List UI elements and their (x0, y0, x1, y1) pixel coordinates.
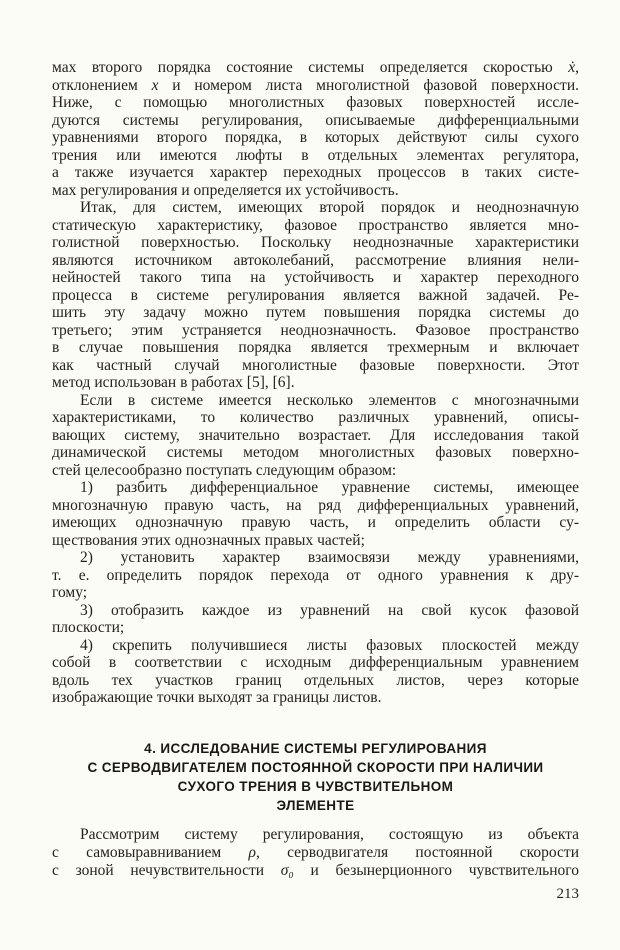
text-line: гому; (52, 584, 579, 602)
text-line: стей целесообразно поступать следующим о… (52, 462, 579, 480)
text-line: являются источником автоколебаний, рассм… (52, 252, 579, 270)
text-line: отклонением х и номером листа многолистн… (52, 77, 579, 95)
paragraph: Если в системе имеется несколько элемент… (52, 392, 579, 480)
text-line: 3) отобразить каждое из уравнений на сво… (52, 602, 579, 620)
text-line: как частный случай многолистные фазовые … (52, 357, 579, 375)
text-line: голистной поверхностью. Поскольку неодно… (52, 234, 579, 252)
text-line: третьего; этим устраняется неоднозначнос… (52, 322, 579, 340)
text-line: дуются системы регулирования, описываемы… (52, 112, 579, 130)
text-line: собой в соответствии с исходным дифферен… (52, 654, 579, 672)
text-line: Итак, для систем, имеющих второй порядок… (52, 199, 579, 217)
text-line: 2) установить характер взаимосвязи между… (52, 549, 579, 567)
text-line: в случае повышения порядка является трех… (52, 339, 579, 357)
section-heading-line: 4. ИССЛЕДОВАНИЕ СИСТЕМЫ РЕГУЛИРОВАНИЯ (52, 739, 579, 758)
text-line: трения или имеются люфты в отдельных эле… (52, 147, 579, 165)
list-item-paragraph: 3) отобразить каждое из уравнений на сво… (52, 602, 579, 637)
list-item-paragraph: 1) разбить дифференциальное уравнение си… (52, 479, 579, 549)
paragraph: Итак, для систем, имеющих второй порядок… (52, 199, 579, 392)
closing-paragraph: Рассмотрим систему регулирования, состоя… (52, 826, 579, 880)
text-line: мах регулирования и определяется их усто… (52, 182, 579, 200)
scanned-book-page: мах второго порядка состояние системы оп… (0, 0, 620, 950)
text-line: динамической системы методом многолистны… (52, 444, 579, 462)
text-line: Если в системе имеется несколько элемент… (52, 392, 579, 410)
text-line: статическую характеристику, фазовое прос… (52, 217, 579, 235)
list-item-paragraph: 2) установить характер взаимосвязи между… (52, 549, 579, 602)
text-line: имеющих однозначную правую часть, и опре… (52, 514, 579, 532)
section-heading: 4. ИССЛЕДОВАНИЕ СИСТЕМЫ РЕГУЛИРОВАНИЯС С… (52, 739, 579, 815)
section-heading-line: СУХОГО ТРЕНИЯ В ЧУВСТВИТЕЛЬНОМ (52, 777, 579, 796)
text-line: метод использован в работах [5], [6]. (52, 374, 579, 392)
section-heading-line: С СЕРВОДВИГАТЕЛЕМ ПОСТОЯННОЙ СКОРОСТИ ПР… (52, 758, 579, 777)
text-line: вдоль тех участков границ отдельных лист… (52, 672, 579, 690)
text-line: Рассмотрим систему регулирования, состоя… (52, 826, 579, 844)
text-line: с зоной нечувствительности σ₀ и безынерц… (52, 862, 579, 880)
list-item-paragraph: 4) скрепить получившиеся листы фазовых п… (52, 637, 579, 707)
text-line: плоскости; (52, 619, 579, 637)
paragraph: мах второго порядка состояние системы оп… (52, 59, 579, 199)
text-line: многозначную правую часть, на ряд диффер… (52, 497, 579, 515)
text-line: а также изучается характер переходных пр… (52, 164, 579, 182)
text-line: шить эту задачу можно путем повышения по… (52, 304, 579, 322)
text-line: 4) скрепить получившиеся листы фазовых п… (52, 637, 579, 655)
text-line: т. е. определить порядок перехода от одн… (52, 567, 579, 585)
page-number: 213 (52, 886, 579, 903)
section-heading-line: ЭЛЕМЕНТЕ (52, 796, 579, 815)
text-line: 1) разбить дифференциальное уравнение си… (52, 479, 579, 497)
text-line: характеристиками, то количество различны… (52, 409, 579, 427)
text-line: изображающие точки выходят за границы ли… (52, 689, 579, 707)
text-line: процесса в системе регулирования являетс… (52, 287, 579, 305)
text-line: ществования этих однозначных правых част… (52, 532, 579, 550)
text-line: с самовыравниванием ρ, серводвигателя по… (52, 844, 579, 862)
text-line: вающих систему, значительно возрастает. … (52, 427, 579, 445)
text-line: уравнениями второго порядка, в которых д… (52, 129, 579, 147)
text-line: мах второго порядка состояние системы оп… (52, 59, 579, 77)
page-body-text: мах второго порядка состояние системы оп… (52, 59, 579, 707)
text-line: Ниже, с помощью многолистных фазовых пов… (52, 94, 579, 112)
text-line: нейностей такого типа на устойчивость и … (52, 269, 579, 287)
